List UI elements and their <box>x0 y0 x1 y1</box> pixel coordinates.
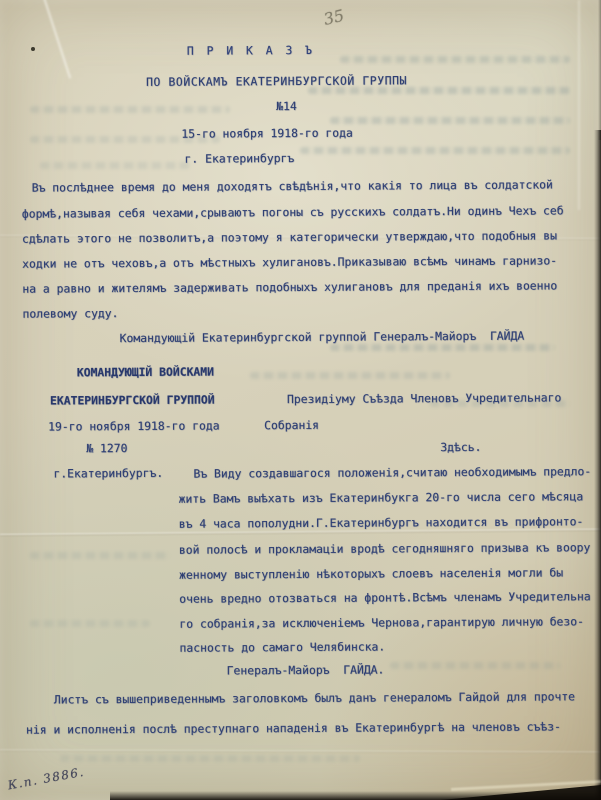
order2-letterhead-line: 19-го ноября 1918-го года <box>48 418 220 433</box>
order1-signature: Командующій Екатеринбургской группой Ген… <box>120 329 525 345</box>
order1-date: 15-го ноября 1918-го года <box>181 126 353 141</box>
order2-body-line: пасность до самаго Челябинска. <box>179 639 385 654</box>
order2-body-line: женному выступленію нѣкоторыхъ слоевъ на… <box>179 565 563 581</box>
paper-sheet: 35 П Р И К А З Ъ ПО ВОЙСКАМЪ ЕКАТЕРИНБУР… <box>0 0 601 800</box>
order1-body-line: сдѣлать этого не позволитъ,а поэтому я к… <box>22 228 557 245</box>
order1-body-line: формѣ,называя себя чехами,срываютъ погон… <box>22 203 564 220</box>
order1-number: №14 <box>276 99 297 113</box>
document-photo: 35 П Р И К А З Ъ ПО ВОЙСКАМЪ ЕКАТЕРИНБУР… <box>0 0 601 800</box>
paper-edge-shadow <box>594 130 601 800</box>
order1-title: П Р И К А З Ъ <box>187 43 315 58</box>
order2-addressee-line: Здѣсь. <box>440 440 481 454</box>
order2-body-line: въ 4 часа пополудни.Г.Екатеринбургъ нахо… <box>179 514 584 530</box>
order2-letterhead-line: КОМАНДУЮЩІЙ ВОЙСКАМИ <box>77 365 214 380</box>
typed-text-layer: 35 П Р И К А З Ъ ПО ВОЙСКАМЪ ЕКАТЕРИНБУР… <box>0 0 601 800</box>
order2-addressee-line: Президіуму Съѣзда Членовъ Учредительнаго <box>287 390 561 406</box>
order2-addressee-line: Собранія <box>264 418 319 432</box>
order2-signature: Генералъ-Майоръ ГАЙДА. <box>227 662 385 677</box>
inventory-number: К.п. 3886. <box>7 765 86 793</box>
order2-body-line: го собранія,за исключеніемъ Чернова,гара… <box>179 614 584 630</box>
order1-subtitle: ПО ВОЙСКАМЪ ЕКАТЕРИНБУРГСКОЙ ГРУППЫ <box>146 73 407 89</box>
order1-body-line: на а равно и жителямъ задерживать подобн… <box>22 278 557 295</box>
footnote-line: Листъ съ вышеприведеннымъ заголовкомъ бы… <box>54 689 575 706</box>
order2-body-line: вой полосѣ и прокламаціи вродѣ сегодняшн… <box>179 540 591 557</box>
order2-letterhead-line: № 1270 <box>86 441 127 455</box>
order2-body-line: очень вредно отозваться на фронтѣ.Всѣмъ … <box>179 589 591 606</box>
order1-body-line: Въ послѣднее время до меня доходятъ свѣд… <box>32 177 553 194</box>
order2-letterhead-line: ЕКАТЕРИНБУРГСКОЙ ГРУППОЙ <box>50 393 215 408</box>
pencil-page-number: 35 <box>322 6 346 29</box>
order1-body-line: ходки не отъ чеховъ,а отъ мѣстныхъ хулиг… <box>22 253 557 270</box>
order2-letterhead-line: г.Екатеринбургъ. <box>53 466 163 481</box>
order1-body-line: полевому суду. <box>22 306 118 321</box>
order2-body-line: жить Вамъ выѣхать изъ Екатеринбукга 20-г… <box>179 489 584 505</box>
footnote-line: нія и исполненія послѣ преступнаго напад… <box>26 719 561 736</box>
order2-body-line: Въ Виду создавшагося положенія,считаю не… <box>193 464 591 480</box>
order1-place: г. Екатеринбургъ <box>184 151 294 166</box>
